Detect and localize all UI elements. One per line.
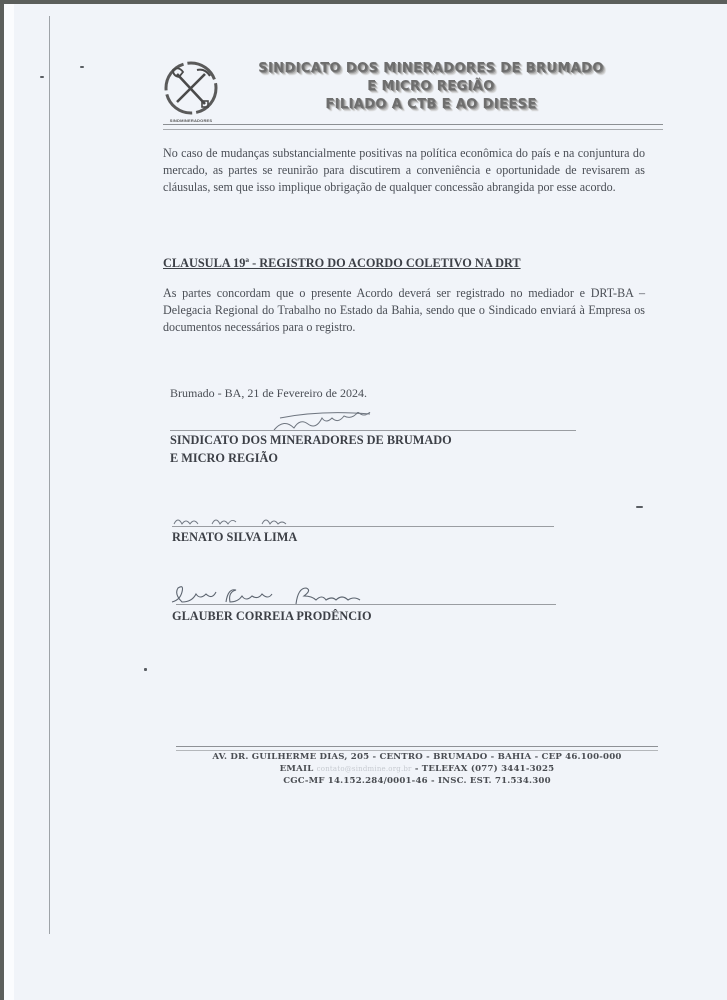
signatory-name: SINDICATO DOS MINERADORES DE BRUMADO bbox=[170, 432, 452, 449]
intro-paragraph: No caso de mudanças substancialmente pos… bbox=[163, 145, 645, 196]
place-date: Brumado - BA, 21 de Fevereiro de 2024. bbox=[170, 386, 367, 401]
union-name: SINDICATO DOS MINERADORES DE BRUMADO bbox=[236, 61, 626, 76]
email-label: EMAIL bbox=[280, 764, 314, 774]
crossed-pick-and-shovel-icon bbox=[163, 60, 219, 116]
letterhead-footer: AV. DR. GUILHERME DIAS, 205 - CENTRO - B… bbox=[176, 751, 658, 787]
signature-line bbox=[170, 430, 576, 431]
page-edge bbox=[4, 4, 14, 1000]
footer-registry: CGC-MF 14.152.284/0001-46 - INSC. EST. 7… bbox=[176, 775, 658, 787]
clause-paragraph: As partes concordam que o presente Acord… bbox=[163, 285, 645, 336]
scan-speck bbox=[80, 66, 84, 68]
footer-address: AV. DR. GUILHERME DIAS, 205 - CENTRO - B… bbox=[176, 751, 658, 763]
signatory-name: GLAUBER CORREIA PRODÊNCIO bbox=[172, 608, 372, 625]
signature-line bbox=[172, 526, 554, 527]
signature-line bbox=[176, 604, 556, 605]
scan-speck bbox=[144, 668, 147, 671]
scan-speck bbox=[636, 506, 643, 508]
margin-rule bbox=[49, 16, 50, 934]
footer-phone: - TELEFAX (077) 3441-3025 bbox=[415, 764, 555, 774]
scan-speck bbox=[40, 76, 44, 78]
clause-title: CLAUSULA 19ª - REGISTRO DO ACORDO COLETI… bbox=[163, 256, 521, 271]
footer-contact: EMAIL contato@sindmine.org.br - TELEFAX … bbox=[176, 763, 658, 775]
signatory-name-line2: E MICRO REGIÃO bbox=[170, 450, 278, 467]
logo-caption: SINDMINERADORES bbox=[160, 118, 222, 123]
email-value: contato@sindmine.org.br bbox=[317, 765, 412, 773]
union-affiliation: FILIADO A CTB E AO DIEESE bbox=[236, 97, 626, 112]
union-region: E MICRO REGIÃO bbox=[236, 79, 626, 94]
signatory-name: RENATO SILVA LIMA bbox=[172, 529, 297, 546]
letterhead-rule bbox=[163, 124, 663, 130]
